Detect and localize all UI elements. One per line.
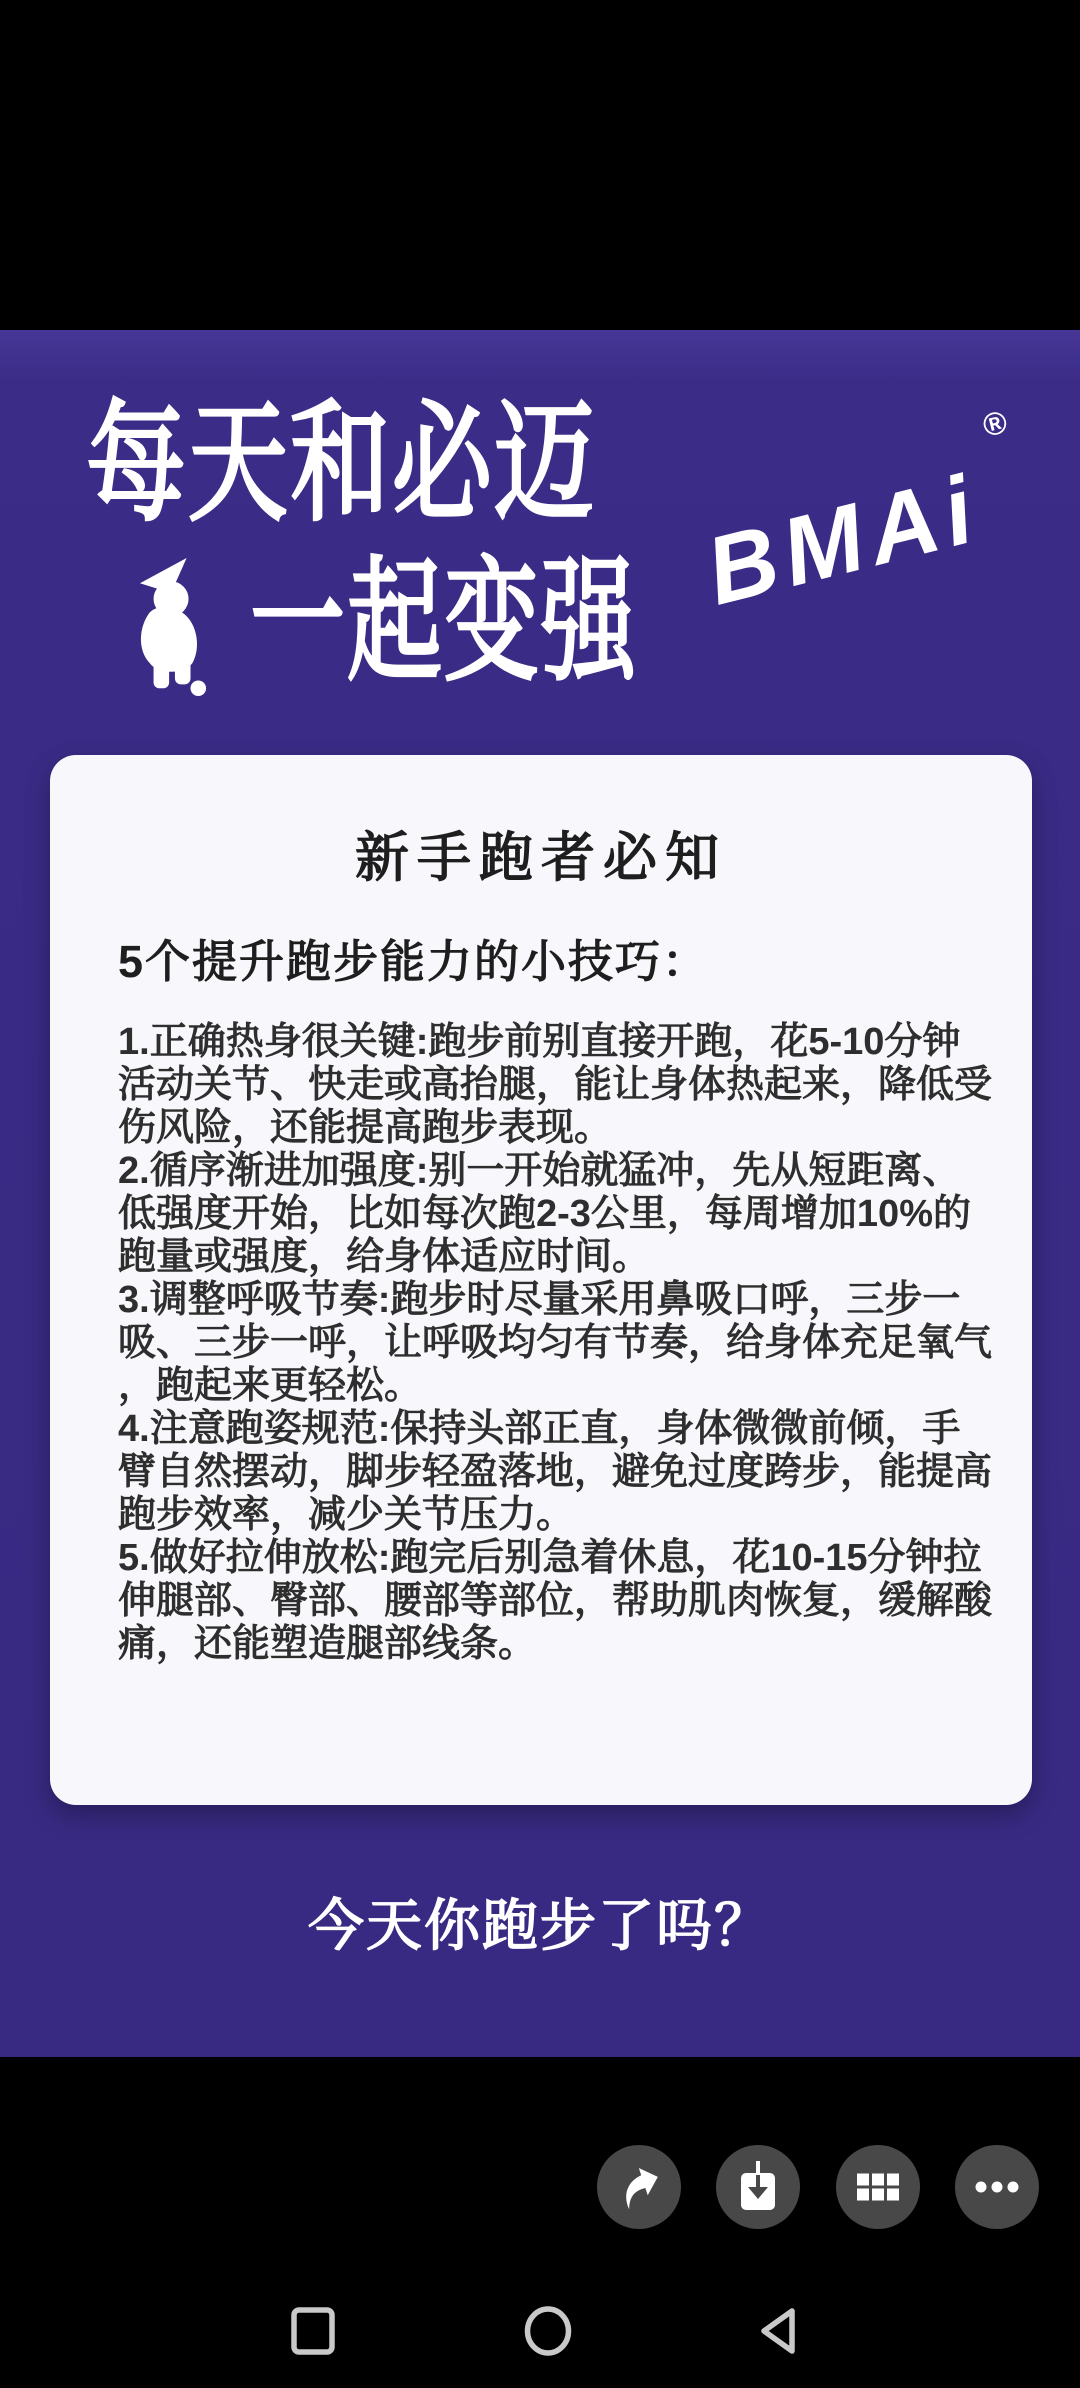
registered-trademark-icon: ® — [979, 403, 1011, 444]
apps-grid-button[interactable] — [836, 2145, 920, 2229]
more-button[interactable] — [955, 2145, 1039, 2229]
tip-item: 2.循序渐进加强度:别一开始就猛冲，先从短距离、低强度开始，比如每次跑2-3公里… — [118, 1150, 998, 1279]
back-triangle-icon — [764, 2311, 792, 2351]
footer-slogan: 今天你跑步了吗？ — [0, 1882, 1080, 1962]
tip-item: 5.做好拉伸放松:跑完后别急着休息，花10-15分钟拉伸腿部、臀部、腰部等部位，… — [118, 1537, 998, 1666]
phone-screen: 每天和必迈 一起变强 BMAi ® 新手跑者必知 5个提升跑步能力的小技巧： — [0, 0, 1080, 2388]
grid-icon — [857, 2173, 899, 2201]
runner-mascot-icon — [134, 558, 212, 698]
card-title: 新手跑者必知 — [50, 815, 1032, 892]
brand-headline-line1: 每天和必迈 — [86, 398, 596, 530]
recents-button[interactable] — [290, 2307, 336, 2355]
tips-card: 新手跑者必知 5个提升跑步能力的小技巧： 1.正确热身很关键:跑步前别直接开跑，… — [50, 755, 1032, 1805]
tips-list: 1.正确热身很关键:跑步前别直接开跑，花5-10分钟活动关节、快走或高抬腿，能让… — [118, 1021, 998, 1666]
tip-item: 3.调整呼吸节奏:跑步时尽量采用鼻吸口呼，三步一吸、三步一呼，让呼吸均匀有节奏，… — [118, 1279, 998, 1408]
home-button[interactable] — [524, 2306, 572, 2356]
square-icon — [294, 2310, 332, 2352]
share-button[interactable] — [597, 2145, 681, 2229]
tip-item: 1.正确热身很关键:跑步前别直接开跑，花5-10分钟活动关节、快走或高抬腿，能让… — [118, 1021, 998, 1150]
more-icon — [975, 2181, 1019, 2193]
brand-headline-line2: 一起变强 — [250, 556, 638, 691]
bmai-logo: BMAi ® — [690, 418, 1050, 608]
share-icon — [616, 2165, 662, 2209]
card-subtitle: 5个提升跑步能力的小技巧： — [118, 925, 709, 990]
status-bar-area — [0, 0, 1080, 330]
tip-item: 4.注意跑姿规范:保持头部正直，身体微微前倾，手臂自然摆动，脚步轻盈落地，避免过… — [118, 1408, 998, 1537]
circle-icon — [528, 2309, 569, 2353]
download-icon — [738, 2161, 778, 2213]
bottom-bar — [0, 2057, 1080, 2388]
bmai-logo-text: BMAi — [696, 455, 991, 626]
poster-image: 每天和必迈 一起变强 BMAi ® 新手跑者必知 5个提升跑步能力的小技巧： — [0, 330, 1080, 2057]
back-button[interactable] — [756, 2305, 802, 2357]
download-button[interactable] — [716, 2145, 800, 2229]
